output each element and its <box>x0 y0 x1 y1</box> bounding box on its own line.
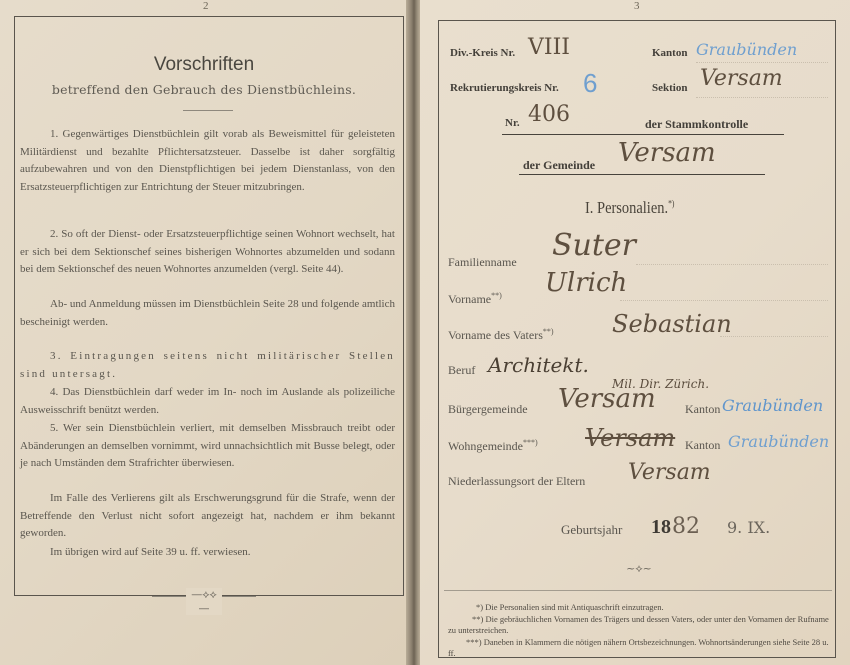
rule-1: 1. Gegenwärtiges Dienstbüchlein gilt vor… <box>20 126 395 196</box>
buergergemeinde-label: Bürgergemeinde <box>448 402 528 417</box>
niederlassungsort-value: Versam <box>628 460 711 485</box>
page-subtitle: betreffend den Gebrauch des Dienstbüchle… <box>0 82 408 97</box>
wohngemeinde-label-text: Wohngemeinde <box>448 439 523 453</box>
rule-2: 2. So oft der Dienst- oder Ersatzsteuerp… <box>20 226 395 279</box>
sektion-value: Versam <box>700 66 783 91</box>
page-title: Vorschriften <box>0 54 408 76</box>
divider <box>183 110 233 111</box>
left-page: 2 Vorschriften betreffend den Gebrauch d… <box>0 0 408 665</box>
rule-5: 5. Wer sein Dienstbüchlein verliert, mit… <box>20 420 395 473</box>
page-number: 2 <box>203 0 209 12</box>
beruf-value: Architekt. <box>488 353 589 377</box>
gemeinde-value: Versam <box>618 138 716 168</box>
kanton2-value: Graubünden <box>728 432 829 451</box>
geburtsjahr-label: Geburtsjahr <box>561 522 622 538</box>
div-kreis-label: Div.-Kreis Nr. <box>450 47 515 59</box>
underline <box>519 174 765 175</box>
footnote-2: **) Die gebräuchlichen Vornamen des Träg… <box>448 614 832 636</box>
footnote-marker: **) <box>543 327 554 336</box>
stammkontrolle-label: der Stammkontrolle <box>645 117 748 132</box>
kanton1-value: Graubünden <box>722 396 823 415</box>
fill-line <box>636 264 828 265</box>
rule-2-addendum: Ab- und Anmeldung müssen im Dienstbüchle… <box>20 296 395 331</box>
footnote-marker: **) <box>491 291 502 300</box>
kanton-label: Kanton <box>652 47 687 59</box>
beruf-label: Beruf <box>448 363 475 378</box>
wohngemeinde-label: Wohngemeinde***) <box>448 438 538 454</box>
footnote-1: *) Die Personalien sind mit Antiquaschri… <box>448 602 832 613</box>
familienname-label: Familienname <box>448 255 517 270</box>
section-title: I. Personalien.*) <box>585 198 674 218</box>
wohngemeinde-value: Versam <box>585 424 675 452</box>
rekrutierungskreis-label: Rekrutierungskreis Nr. <box>450 82 559 94</box>
section-title-text: I. Personalien. <box>585 198 668 217</box>
rule-5-addendum: Im Falle des Verlierens gilt als Erschwe… <box>20 490 395 543</box>
vorname-label-text: Vorname <box>448 292 491 306</box>
familienname-value: Suter <box>552 228 636 263</box>
fill-line <box>696 62 828 63</box>
vorname-value: Ulrich <box>545 268 627 298</box>
gemeinde-label: der Gemeinde <box>523 158 595 173</box>
vorname-vater-value: Sebastian <box>612 310 732 338</box>
fill-line <box>620 300 828 301</box>
kanton2-label: Kanton <box>685 438 720 453</box>
vorname-vater-label: Vorname des Vaters**) <box>448 327 554 343</box>
rekrutierungskreis-value: 6 <box>583 68 597 99</box>
page-number: 3 <box>634 0 640 12</box>
nr-label: Nr. <box>505 117 520 129</box>
sektion-label: Sektion <box>652 82 687 94</box>
fill-line <box>696 97 828 98</box>
footnote-marker: ***) <box>523 438 538 447</box>
nr-value: 406 <box>528 102 570 127</box>
ornament-icon: ~⟡~ <box>614 562 664 576</box>
rule-3: 3. Eintragungen seitens nicht militärisc… <box>20 348 395 383</box>
niederlassungsort-label: Niederlassungsort der Eltern <box>448 474 585 489</box>
rule-4: 4. Das Dienstbüchlein darf weder im In- … <box>20 384 395 419</box>
footnote-3: ***) Daneben in Klammern die nötigen näh… <box>448 637 832 659</box>
footnote-divider <box>444 590 832 591</box>
vorname-vater-label-text: Vorname des Vaters <box>448 328 543 342</box>
footnote-marker: *) <box>668 198 674 208</box>
geburtsjahr-prefix: 18 <box>651 516 671 539</box>
rule-closing: Im übrigen wird auf Seite 39 u. ff. verw… <box>20 544 395 562</box>
geburtsjahr-value: 82 <box>672 514 700 539</box>
geburtsdatum: 9. IX. <box>727 518 770 537</box>
buergergemeinde-value: Versam <box>558 384 656 414</box>
fill-line <box>720 336 828 337</box>
underline <box>502 134 784 135</box>
ornament-icon: —⟡⟡— <box>186 588 222 615</box>
kanton-value: Graubünden <box>696 40 797 59</box>
vorname-label: Vorname**) <box>448 291 502 307</box>
kanton1-label: Kanton <box>685 402 720 417</box>
div-kreis-value: VIII <box>528 35 570 60</box>
